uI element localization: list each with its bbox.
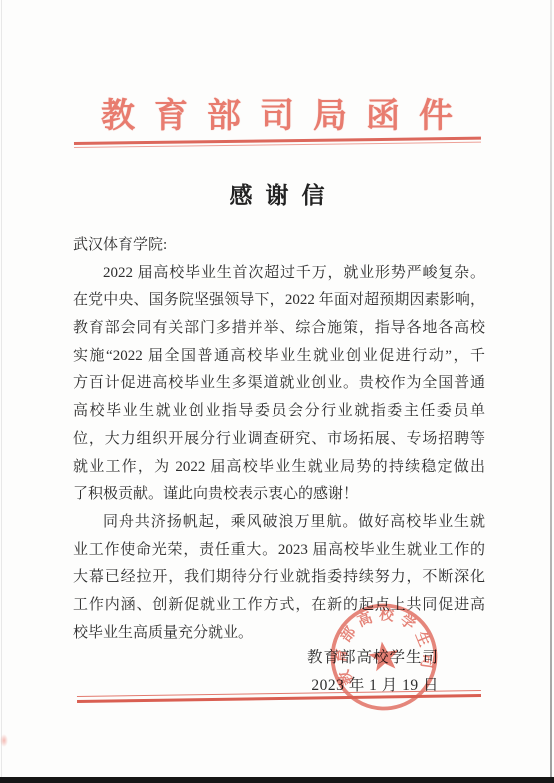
letter-body: 武汉体育学院: 2022 届高校毕业生首次超过千万，就业形势严峻复杂。 在党中央… bbox=[73, 232, 485, 647]
scan-smudge bbox=[0, 734, 8, 747]
letterhead-double-rule bbox=[74, 137, 481, 148]
body-line: 位，大力组织开展分行业调查研究、市场拓展、专场招聘等 bbox=[73, 426, 485, 454]
scan-strip-bottom bbox=[0, 777, 554, 783]
paragraph-1: 2022 届高校毕业生首次超过千万，就业形势严峻复杂。 在党中央、国务院坚强领导… bbox=[73, 260, 485, 509]
letterhead-title: 教育部司局函件 bbox=[0, 88, 554, 137]
body-line: 高校毕业生就业创业指导委员会分行业就指委主任委员单 bbox=[73, 398, 485, 426]
scan-edge-left bbox=[1, 0, 2, 777]
body-line: 业工作使命光荣，责任重大。2023 届高校毕业生就业工作的 bbox=[73, 537, 485, 565]
salutation: 武汉体育学院: bbox=[73, 232, 485, 260]
letter-title: 感谢信 bbox=[0, 177, 554, 210]
official-seal: 教育部高校学生司 bbox=[318, 591, 449, 722]
body-line: 了积极贡献。谨此向贵校表示衷心的感谢！ bbox=[73, 481, 485, 509]
scan-edge-right bbox=[550, 0, 552, 777]
body-line: 2022 届高校毕业生首次超过千万，就业形势严峻复杂。 bbox=[73, 260, 485, 288]
body-line: 同舟共济扬帆起，乘风破浪万里航。做好高校毕业生就 bbox=[73, 509, 485, 537]
body-line: 大幕已经拉开，我们期待分行业就指委持续努力，不断深化 bbox=[73, 564, 485, 592]
body-line: 方百计促进高校毕业生多渠道就业创业。贵校作为全国普通 bbox=[73, 370, 485, 398]
body-line: 实施“2022 届全国普通高校毕业生就业创业促进行动”，千 bbox=[73, 343, 485, 371]
body-line: 教育部会同有关部门多措并举、综合施策，指导各地各高校 bbox=[73, 315, 485, 343]
scanned-letter-page: 教育部司局函件 感谢信 武汉体育学院: 2022 届高校毕业生首次超过千万，就业… bbox=[0, 0, 554, 783]
seal-star-icon bbox=[367, 640, 401, 672]
body-line: 就业工作，为 2022 届高校毕业生就业局势的持续稳定做出 bbox=[73, 454, 485, 482]
body-line: 在党中央、国务院坚强领导下，2022 年面对超预期因素影响， bbox=[73, 287, 485, 315]
